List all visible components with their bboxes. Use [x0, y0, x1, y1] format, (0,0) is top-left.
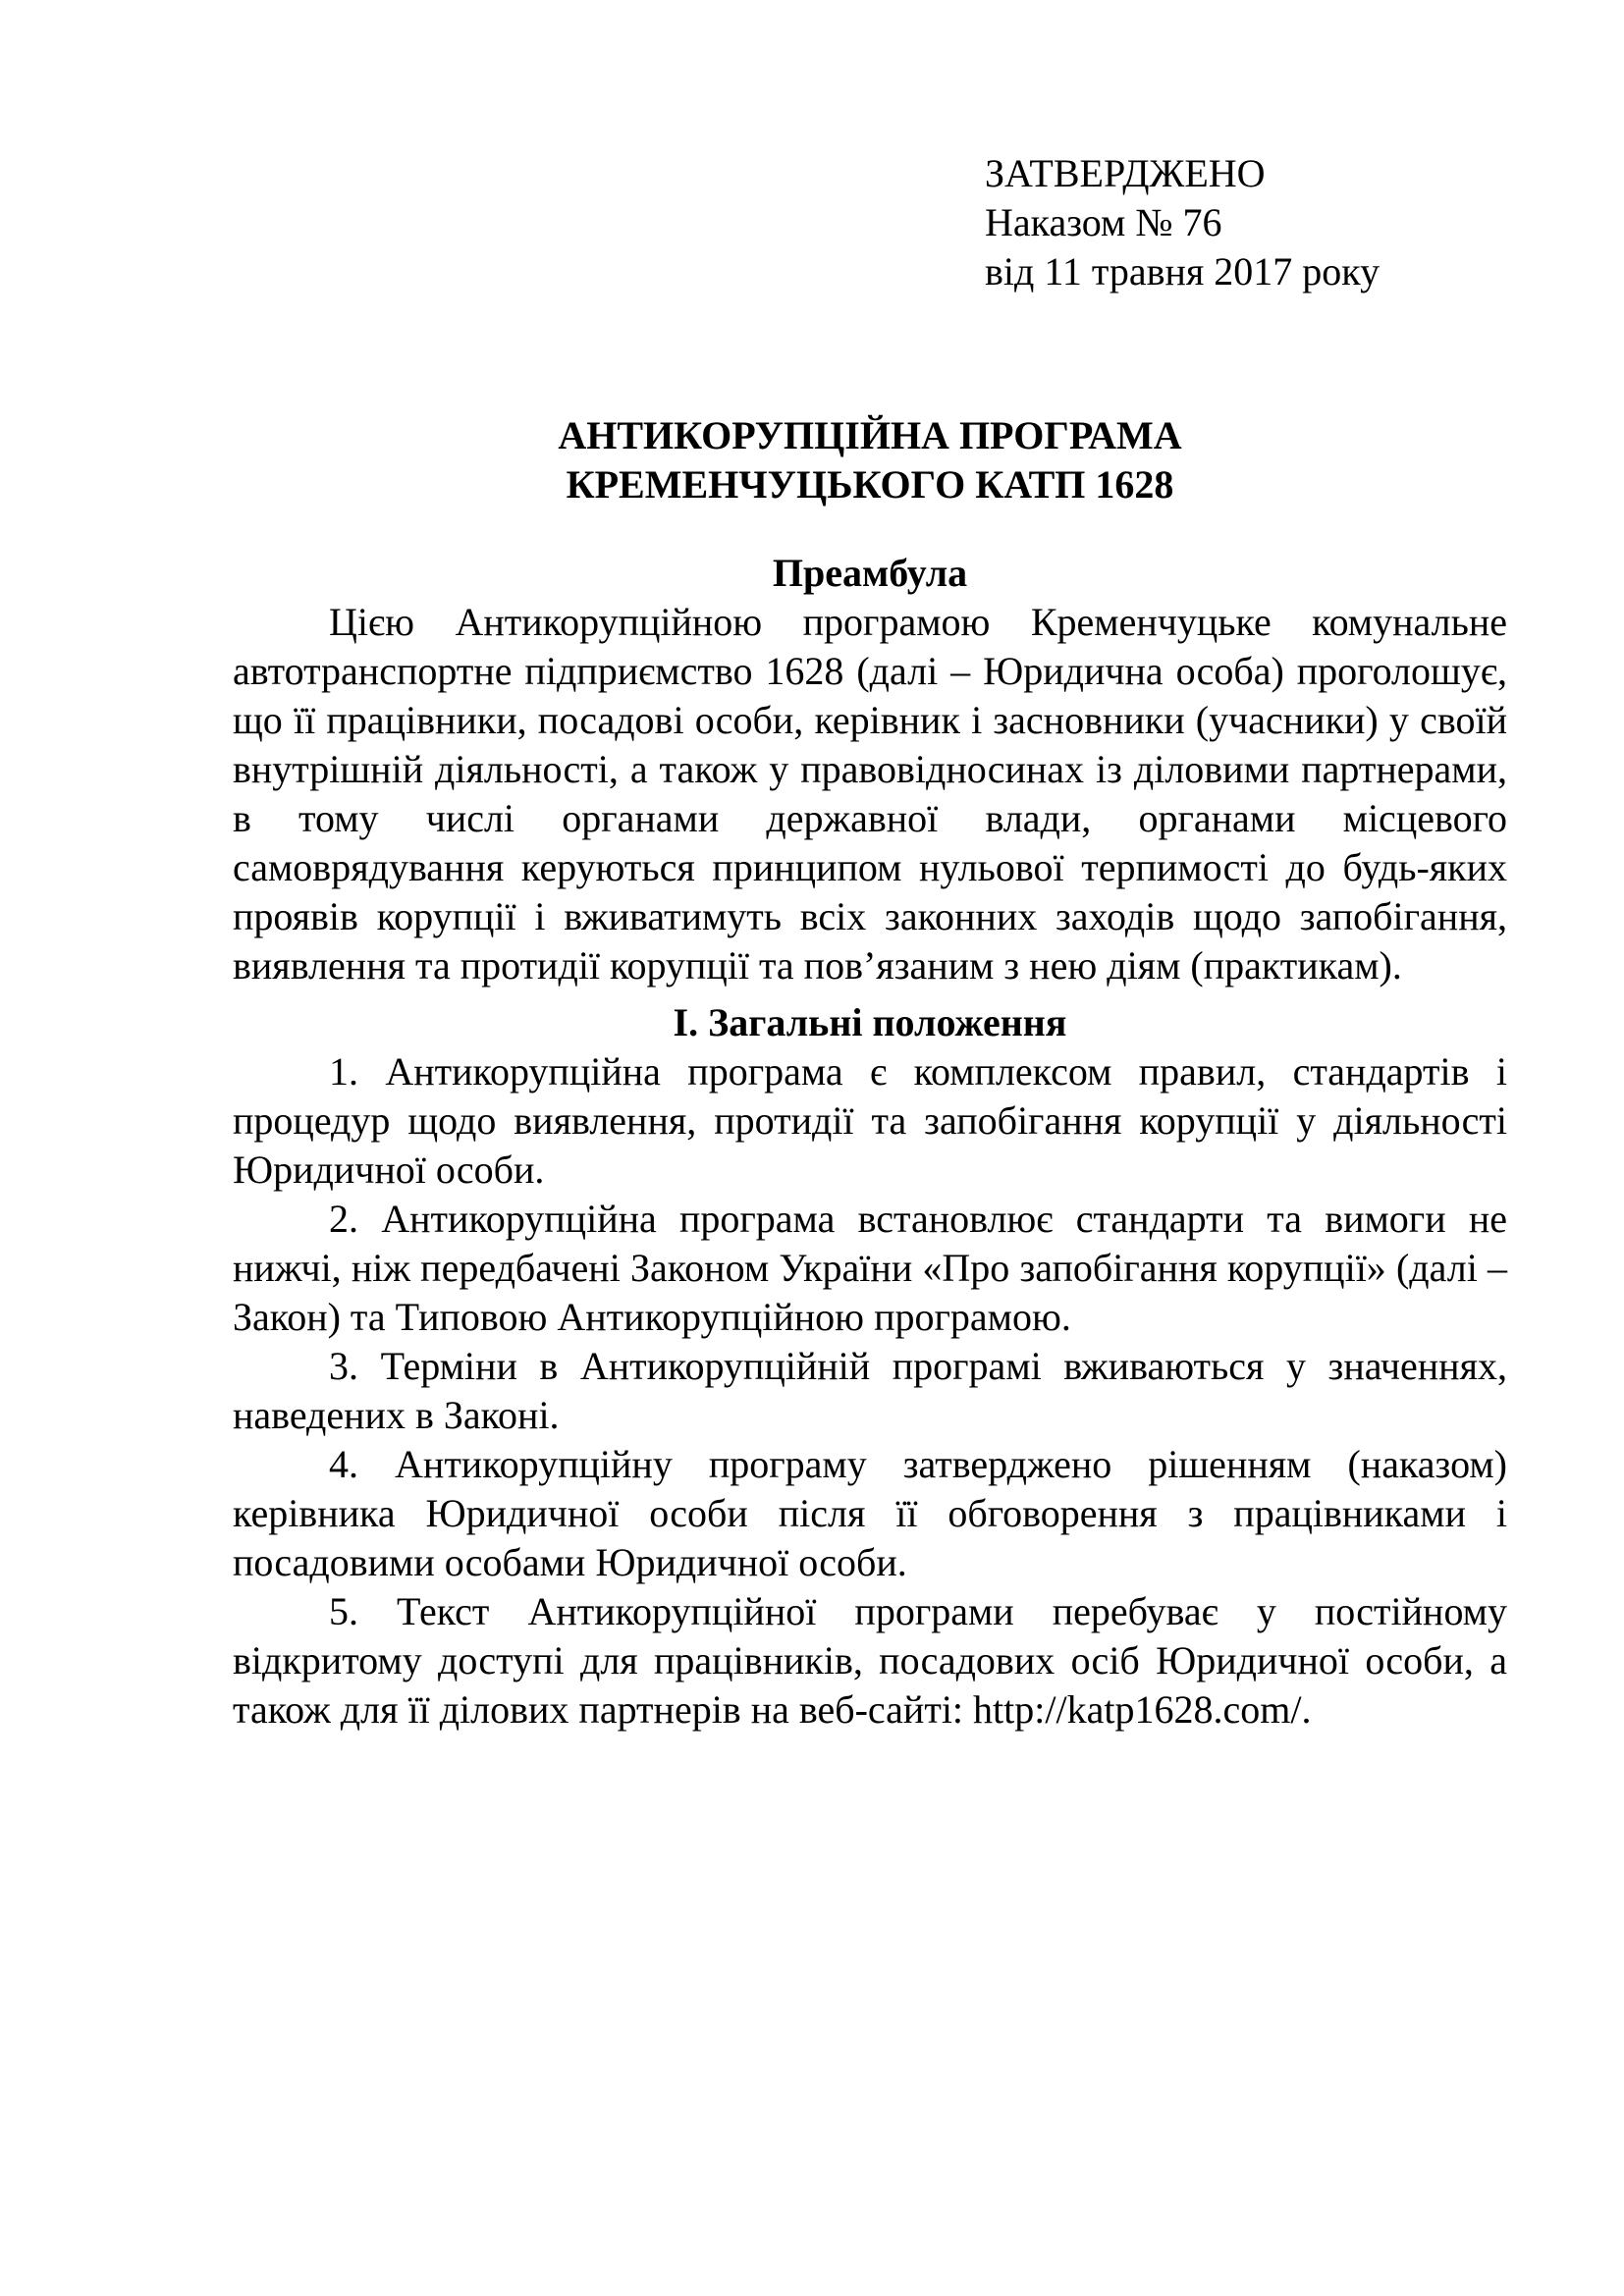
document-title-line-2: КРЕМЕНЧУЦЬКОГО КАТП 1628 — [567, 462, 1174, 507]
approval-line-order-number: Наказом № 76 — [985, 198, 1507, 247]
section-1-heading: І. Загальні положення — [233, 998, 1507, 1047]
approval-line-approved: ЗАТВЕРДЖЕНО — [985, 149, 1507, 198]
preamble-paragraph: Цією Антикорупційною програмою Кременчуц… — [233, 598, 1507, 990]
preamble-heading: Преамбула — [233, 549, 1507, 598]
approval-block: ЗАТВЕРДЖЕНО Наказом № 76 від 11 травня 2… — [985, 149, 1507, 296]
document-page: ЗАТВЕРДЖЕНО Наказом № 76 від 11 травня 2… — [0, 0, 1624, 2296]
document-title-line-1: АНТИКОРУПЦІЙНА ПРОГРАМА — [558, 413, 1181, 457]
paragraph-3: 3. Терміни в Антикорупційній програмі вж… — [233, 1342, 1507, 1440]
document-title: АНТИКОРУПЦІЙНА ПРОГРАМАКРЕМЕНЧУЦЬКОГО КА… — [233, 411, 1507, 509]
paragraph-2: 2. Антикорупційна програма встановлює ст… — [233, 1195, 1507, 1342]
paragraph-4: 4. Антикорупційну програму затверджено р… — [233, 1440, 1507, 1587]
paragraph-5: 5. Текст Антикорупційної програми перебу… — [233, 1587, 1507, 1735]
approval-line-date: від 11 травня 2017 року — [985, 247, 1507, 296]
paragraph-1: 1. Антикорупційна програма є комплексом … — [233, 1047, 1507, 1195]
